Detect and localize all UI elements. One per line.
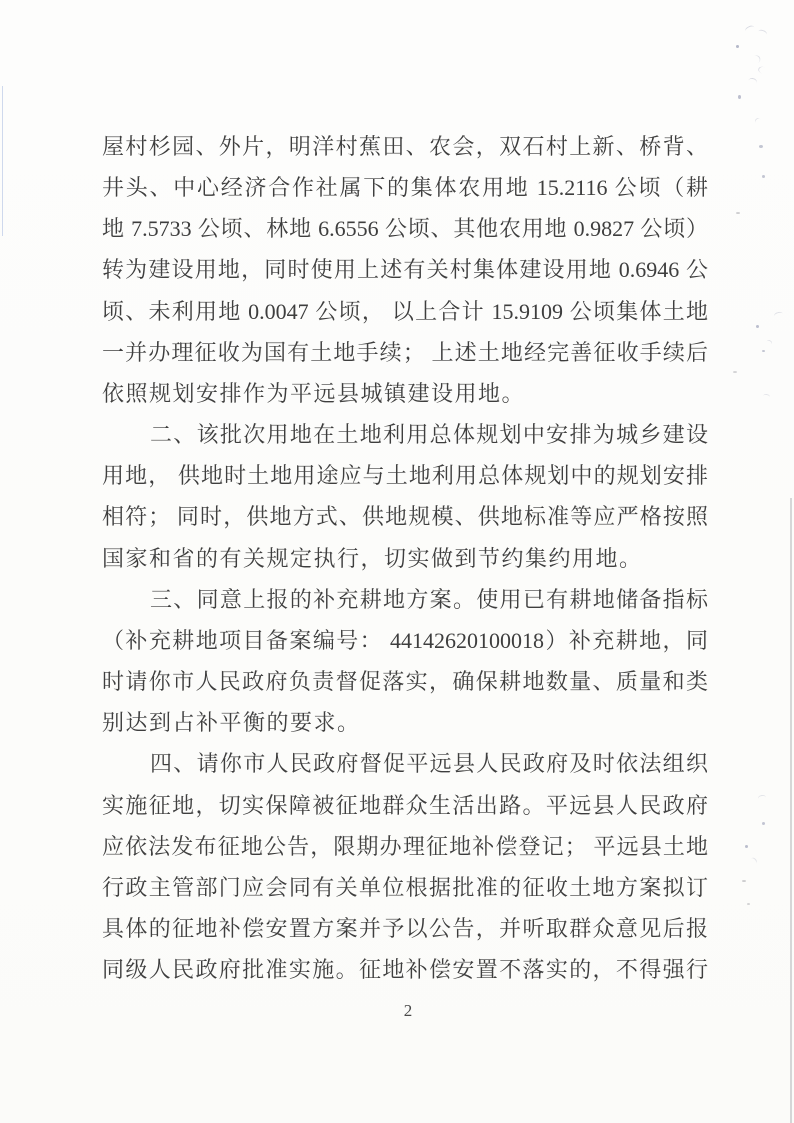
scan-speck xyxy=(733,371,737,373)
text-line: 具体的征地补偿安置方案并予以公告，并听取群众意见后报 xyxy=(102,908,708,949)
scan-mark xyxy=(747,77,758,87)
scan-speck xyxy=(762,350,765,352)
text-line: 别达到占补平衡的要求。 xyxy=(102,702,708,743)
text-line: 实施征地，切实保障被征地群众生活出路。平远县人民政府 xyxy=(102,785,708,826)
text-line-section-3: 三、同意上报的补充耕地方案。使用已有耕地储备指标 xyxy=(102,579,708,620)
scan-mark xyxy=(754,117,762,125)
text-line: 同级人民政府批准实施。征地补偿安置不落实的，不得强行 xyxy=(102,949,708,990)
scan-mark xyxy=(765,339,773,347)
page-number: 2 xyxy=(0,1001,794,1021)
text-line: 行政主管部门应会同有关单位根据批准的征收土地方案拟订 xyxy=(102,867,708,908)
text-line: 一并办理征收为国有土地手续； 上述土地经完善征收手续后 xyxy=(102,332,708,373)
scan-speck xyxy=(742,880,746,882)
scan-edge-line xyxy=(790,498,792,1123)
text-line: 顷、未利用地 0.0047 公顷， 以上合计 15.9109 公顷集体土地 xyxy=(102,291,708,332)
text-line: 井头、中心经济合作社属下的集体农用地 15.2116 公顷（耕 xyxy=(102,167,708,208)
scan-mark xyxy=(758,794,767,801)
text-line: 转为建设用地，同时使用上述有关村集体建设用地 0.6946 公 xyxy=(102,249,708,290)
scan-speck xyxy=(736,212,740,214)
text-line: 应依法发布征地公告，限期办理征地补偿登记； 平远县土地 xyxy=(102,826,708,867)
text-line: （补充耕地项目备案编号： 44142620100018）补充耕地，同 xyxy=(102,620,708,661)
text-line: 国家和省的有关规定执行，切实做到节约集约用地。 xyxy=(102,538,708,579)
document-body-text: 屋村杉园、外片，明洋村蕉田、农会，双石村上新、桥背、 井头、中心经济合作社属下的… xyxy=(102,126,708,990)
text-line: 依照规划安排作为平远县城镇建设用地。 xyxy=(102,373,708,414)
scan-mark xyxy=(750,54,762,65)
scan-speck xyxy=(762,175,765,178)
scan-edge-line xyxy=(2,86,3,236)
text-line: 相符； 同时，供地方式、供地规模、供地标准等应严格按照 xyxy=(102,496,708,537)
scan-mark xyxy=(757,65,770,75)
scan-speck xyxy=(736,45,739,48)
scan-mark xyxy=(773,311,783,319)
scan-mark xyxy=(757,29,768,38)
scan-speck xyxy=(762,822,765,825)
scan-mark xyxy=(749,856,758,865)
scan-speck xyxy=(738,95,741,99)
scan-speck xyxy=(745,845,748,848)
scan-speck xyxy=(756,325,759,328)
text-line: 屋村杉园、外片，明洋村蕉田、农会，双石村上新、桥背、 xyxy=(102,126,708,167)
text-line-section-2: 二、该批次用地在土地利用总体规划中安排为城乡建设 xyxy=(102,414,708,455)
text-line: 用地， 供地时土地用途应与土地利用总体规划中的规划安排 xyxy=(102,455,708,496)
text-line-section-4: 四、请你市人民政府督促平远县人民政府及时依法组织 xyxy=(102,743,708,784)
scan-mark xyxy=(744,24,756,35)
scan-mark xyxy=(763,393,771,399)
text-line: 时请你市人民政府负责督促落实，确保耕地数量、质量和类 xyxy=(102,661,708,702)
text-line: 地 7.5733 公顷、林地 6.6556 公顷、其他农用地 0.9827 公顷… xyxy=(102,208,708,249)
scan-speck xyxy=(747,903,750,905)
document-page: 屋村杉园、外片，明洋村蕉田、农会，双石村上新、桥背、 井头、中心经济合作社属下的… xyxy=(0,0,794,1123)
scan-speck xyxy=(759,145,763,148)
